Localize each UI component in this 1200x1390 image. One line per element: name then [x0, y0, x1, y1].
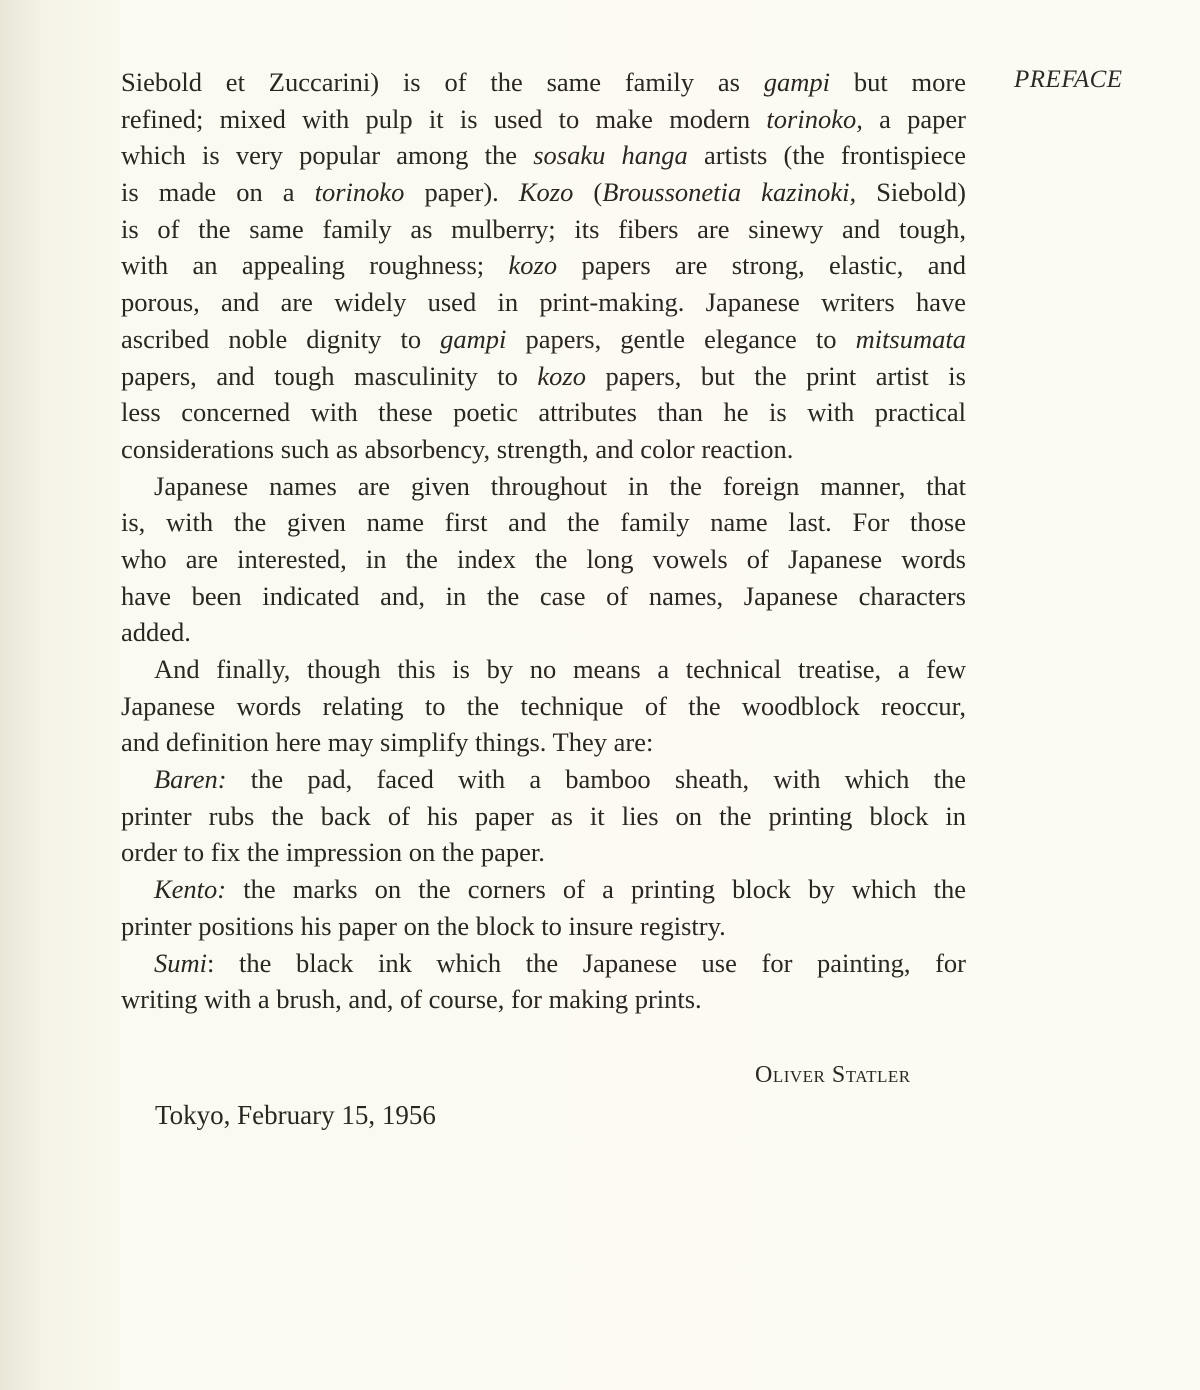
- text-line: and definition here may simplify things.…: [121, 724, 966, 761]
- text-run: have been indicated and, in the case of …: [121, 581, 966, 611]
- text-run: papers, but the print artist is: [586, 361, 966, 391]
- italic-term: gampi: [440, 324, 506, 354]
- text-line: added.: [121, 614, 966, 651]
- italic-term: Broussonetia kazinoki,: [602, 177, 856, 207]
- text-line: considerations such as absorbency, stren…: [121, 431, 966, 468]
- text-run: refined; mixed with pulp it is used to m…: [121, 104, 766, 134]
- text-run: papers, gentle elegance to: [506, 324, 855, 354]
- text-run: and definition here may simplify things.…: [121, 727, 653, 757]
- text-line: papers, and tough masculinity to kozo pa…: [121, 358, 966, 395]
- italic-term: kozo: [509, 250, 558, 280]
- running-head: PREFACE: [1014, 66, 1123, 94]
- italic-term: sosaku hanga: [533, 140, 688, 170]
- text-run: porous, and are widely used in print-mak…: [121, 287, 966, 317]
- text-run: the pad, faced with a bamboo sheath, wit…: [227, 764, 966, 794]
- text-run: less concerned with these poetic attribu…: [121, 397, 966, 427]
- italic-term: kozo: [537, 361, 586, 391]
- text-line: Kento: the marks on the corners of a pri…: [121, 871, 966, 908]
- text-line: order to fix the impression on the paper…: [121, 834, 966, 871]
- text-run: Japanese names are given throughout in t…: [154, 471, 966, 501]
- text-run: the marks on the corners of a printing b…: [226, 874, 966, 904]
- text-line: is made on a torinoko paper). Kozo (Brou…: [121, 174, 966, 211]
- italic-term: Baren:: [154, 764, 227, 794]
- text-line: ascribed noble dignity to gampi papers, …: [121, 321, 966, 358]
- text-line: printer rubs the back of his paper as it…: [121, 798, 966, 835]
- text-line: writing with a brush, and, of course, fo…: [121, 981, 966, 1018]
- text-run: which is very popular among the: [121, 140, 533, 170]
- italic-term: Sumi: [154, 948, 207, 978]
- text-line: who are interested, in the index the lon…: [121, 541, 966, 578]
- text-run: artists (the frontispiece: [688, 140, 966, 170]
- text-line: Siebold et Zuccarini) is of the same fam…: [121, 64, 966, 101]
- text-run: is made on a: [121, 177, 315, 207]
- dateline: Tokyo, February 15, 1956: [155, 1100, 436, 1131]
- book-page: PREFACE Siebold et Zuccarini) is of the …: [0, 0, 1200, 1390]
- text-line: with an appealing roughness; kozo papers…: [121, 247, 966, 284]
- text-run: added.: [121, 617, 191, 647]
- text-run: : the black ink which the Japanese use f…: [207, 948, 966, 978]
- text-run: printer positions his paper on the block…: [121, 911, 726, 941]
- italic-term: gampi: [764, 67, 830, 97]
- text-run: with an appealing roughness;: [121, 250, 509, 280]
- italic-term: Kento:: [154, 874, 226, 904]
- text-run: Japanese words relating to the technique…: [121, 691, 966, 721]
- text-run: ascribed noble dignity to: [121, 324, 440, 354]
- text-run: And finally, though this is by no means …: [154, 654, 966, 684]
- text-line: refined; mixed with pulp it is used to m…: [121, 101, 966, 138]
- text-run: paper).: [404, 177, 518, 207]
- text-run: writing with a brush, and, of course, fo…: [121, 984, 702, 1014]
- italic-term: torinoko: [315, 177, 405, 207]
- author-signature: Oliver Statler: [755, 1062, 911, 1089]
- text-run: papers, and tough masculinity to: [121, 361, 537, 391]
- text-run: (: [573, 177, 602, 207]
- text-line: Japanese words relating to the technique…: [121, 688, 966, 725]
- text-run: a paper: [863, 104, 966, 134]
- text-run: who are interested, in the index the lon…: [121, 544, 966, 574]
- text-run: considerations such as absorbency, stren…: [121, 434, 793, 464]
- text-run: order to fix the impression on the paper…: [121, 837, 545, 867]
- text-line: is of the same family as mulberry; its f…: [121, 211, 966, 248]
- text-run: is of the same family as mulberry; its f…: [121, 214, 966, 244]
- text-line: Sumi: the black ink which the Japanese u…: [121, 945, 966, 982]
- text-line: less concerned with these poetic attribu…: [121, 394, 966, 431]
- text-line: porous, and are widely used in print-mak…: [121, 284, 966, 321]
- text-line: have been indicated and, in the case of …: [121, 578, 966, 615]
- italic-term: Kozo: [519, 177, 574, 207]
- text-line: Japanese names are given throughout in t…: [121, 468, 966, 505]
- text-run: is, with the given name first and the fa…: [121, 507, 966, 537]
- text-line: is, with the given name first and the fa…: [121, 504, 966, 541]
- text-run: but more: [830, 67, 966, 97]
- text-line: printer positions his paper on the block…: [121, 908, 966, 945]
- text-run: Siebold): [856, 177, 966, 207]
- italic-term: torinoko,: [766, 104, 862, 134]
- body-text: Siebold et Zuccarini) is of the same fam…: [121, 64, 966, 1018]
- text-run: printer rubs the back of his paper as it…: [121, 801, 966, 831]
- text-line: which is very popular among the sosaku h…: [121, 137, 966, 174]
- italic-term: mitsumata: [856, 324, 966, 354]
- text-line: And finally, though this is by no means …: [121, 651, 966, 688]
- text-run: Siebold et Zuccarini) is of the same fam…: [121, 67, 764, 97]
- text-run: papers are strong, elastic, and: [557, 250, 966, 280]
- text-line: Baren: the pad, faced with a bamboo shea…: [121, 761, 966, 798]
